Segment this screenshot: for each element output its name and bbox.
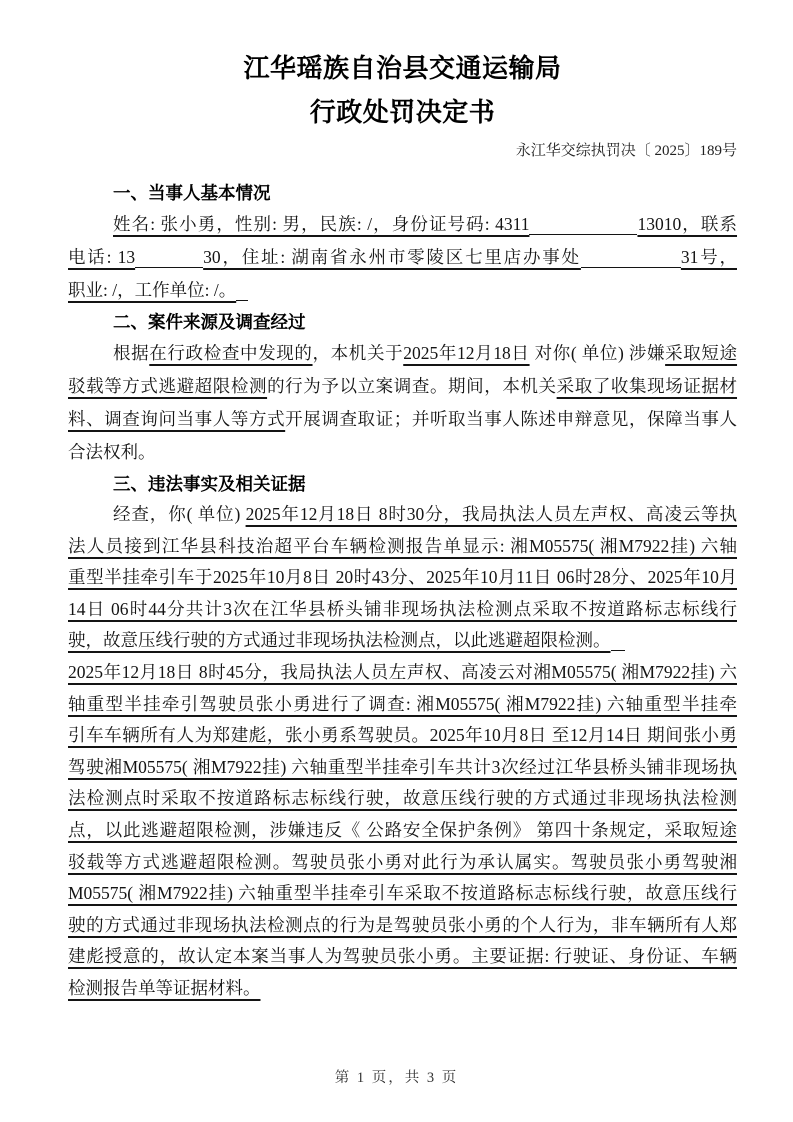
text-line: 轴重型半挂牵引驾驶员张小勇进行了调查: 湘M05575( 湘M7922挂) 六轴… [68, 689, 737, 721]
underlined-text: 驳载等方式逃避超限检测 [68, 376, 267, 396]
underlined-text: 驾驶湘M05575( 湘M7922挂) 六轴重型半挂牵引车共计3次经过江华县桥头… [68, 757, 737, 777]
blank-underline-gap [135, 253, 203, 268]
underlined-text: 职业: /，工作单位: /。 [68, 280, 236, 300]
page-footer: 第 1 页，共 3 页 [0, 1066, 793, 1087]
text-line: 引车车辆所有人为郑建彪，张小勇系驾驶员。2025年10月8日 至12月14日 期… [68, 720, 737, 752]
underlined-text: 13010，联系 [637, 214, 737, 234]
section-heading: 三、违法事实及相关证据 [68, 469, 737, 499]
underlined-text: 采取短途 [665, 343, 737, 363]
text-segment: ，本机关于 [313, 343, 404, 363]
underlined-text: 法人员接到江华县科技治超平台车辆检测报告单显示: 湘M05575( 湘M7922… [68, 536, 737, 556]
section-heading: 一、当事人基本情况 [68, 178, 737, 208]
section-paragraph: 经查，你( 单位) 2025年12月18日 8时30分，我局执法人员左声权、高凌… [68, 499, 737, 1005]
text-line: 驶，故意压线行驶的方式通过非现场执法检测点，以此逃避超限检测。 [68, 625, 737, 657]
text-line: 根据在行政检查中发现的，本机关于2025年12月18日 对你( 单位) 涉嫌采取… [68, 337, 737, 370]
underlined-text: 14日 06时44分共计3次在江华县桥头铺非现场执法检测点采取不按道路标志标线行 [68, 599, 737, 619]
blank-underline-gap [611, 636, 625, 651]
section-paragraph: 根据在行政检查中发现的，本机关于2025年12月18日 对你( 单位) 涉嫌采取… [68, 337, 737, 469]
blank-underline-gap [581, 253, 681, 268]
text-segment: 对你( 单位) 涉嫌 [530, 343, 666, 363]
blank-underline-gap [529, 220, 637, 235]
text-line: 驳载等方式逃避超限检测的行为予以立案调查。期间，本机关采取了收集现场证据材 [68, 370, 737, 403]
underlined-text: 2025年12月18日 8时30分，我局执法人员左声权、高凌云等执 [246, 504, 737, 524]
blank-underline-gap [236, 286, 248, 301]
underlined-text: 轴重型半挂牵引驾驶员张小勇进行了调查: 湘M05575( 湘M7922挂) 六轴… [68, 694, 737, 714]
document-page: 江华瑶族自治县交通运输局 行政处罚决定书 永江华交综执罚决〔 2025〕189号… [0, 0, 793, 1122]
underlined-text: 姓名: 张小勇，性别: 男，民族: /，身份证号码: 4311 [113, 214, 529, 234]
underlined-text: 驶的方式通过非现场执法检测点的行为是驾驶员张小勇的个人行为，非车辆所有人郑 [68, 915, 737, 935]
text-line: 重型半挂牵引车于2025年10月8日 20时43分、2025年10月11日 06… [68, 562, 737, 594]
underlined-text: 电话: 13 [68, 247, 135, 267]
document-title-line2: 行政处罚决定书 [68, 90, 737, 134]
text-line: 职业: /，工作单位: /。 [68, 274, 737, 307]
text-line: 驳载等方式逃避超限检测。驾驶员张小勇对此行为承认属实。驾驶员张小勇驾驶湘 [68, 847, 737, 879]
underlined-text: 检测报告单等证据材料。 [68, 978, 261, 998]
text-line: 经查，你( 单位) 2025年12月18日 8时30分，我局执法人员左声权、高凌… [68, 499, 737, 531]
underlined-text: 2025年12月18日 [403, 343, 529, 363]
underlined-text: 重型半挂牵引车于2025年10月8日 20时43分、2025年10月11日 06… [68, 567, 737, 587]
text-segment: 的行为予以立案调查。期间，本机关 [267, 376, 557, 396]
text-line: 姓名: 张小勇，性别: 男，民族: /，身份证号码: 431113010，联系 [68, 208, 737, 241]
text-line: 合法权利。 [68, 436, 737, 469]
underlined-text: 建彪授意的，故认定本案当事人为驾驶员张小勇。主要证据: 行驶证、身份证、车辆 [68, 946, 737, 966]
section-heading: 二、案件来源及调查经过 [68, 307, 737, 337]
text-line: 点，以此逃避超限检测，涉嫌违反《 公路安全保护条例》 第四十条规定，采取短途 [68, 815, 737, 847]
underlined-text: 驶，故意压线行驶的方式通过非现场执法检测点，以此逃避超限检测。 [68, 630, 611, 650]
text-segment: 合法权利。 [68, 442, 156, 462]
underlined-text: 点，以此逃避超限检测，涉嫌违反《 公路安全保护条例》 第四十条规定，采取短途 [68, 820, 737, 840]
underlined-text: 2025年12月18日 8时45分，我局执法人员左声权、高凌云对湘M05575(… [68, 662, 737, 682]
text-line: 电话: 1330，住址: 湖南省永州市零陵区七里店办事处31号， [68, 241, 737, 274]
text-segment: 开展调查取证；并听取当事人陈述申辩意见，保障当事人 [285, 409, 737, 429]
text-line: 2025年12月18日 8时45分，我局执法人员左声权、高凌云对湘M05575(… [68, 657, 737, 689]
text-line: 14日 06时44分共计3次在江华县桥头铺非现场执法检测点采取不按道路标志标线行 [68, 594, 737, 626]
underlined-text: 法检测点时采取不按道路标志标线行驶，故意压线行驶的方式通过非现场执法检测 [68, 788, 737, 808]
text-segment: 根据 [113, 343, 149, 363]
underlined-text: M05575( 湘M7922挂) 六轴重型半挂牵引车采取不按道路标志标线行驶，故… [68, 883, 737, 903]
underlined-text: 驳载等方式逃避超限检测。驾驶员张小勇对此行为承认属实。驾驶员张小勇驾驶湘 [68, 852, 737, 872]
underlined-text: 采取了收集现场证据材 [557, 376, 737, 396]
text-segment: 经查，你( 单位) [113, 504, 246, 524]
document-title-line1: 江华瑶族自治县交通运输局 [68, 46, 737, 90]
text-line: M05575( 湘M7922挂) 六轴重型半挂牵引车采取不按道路标志标线行驶，故… [68, 878, 737, 910]
text-line: 检测报告单等证据材料。 [68, 973, 737, 1005]
document-number: 永江华交综执罚决〔 2025〕189号 [68, 140, 737, 162]
document-body: 一、当事人基本情况姓名: 张小勇，性别: 男，民族: /，身份证号码: 4311… [68, 178, 737, 1005]
text-line: 驾驶湘M05575( 湘M7922挂) 六轴重型半挂牵引车共计3次经过江华县桥头… [68, 752, 737, 784]
underlined-text: 料、调查询问当事人等方式 [68, 409, 285, 429]
underlined-text: 引车车辆所有人为郑建彪，张小勇系驾驶员。2025年10月8日 至12月14日 期… [68, 725, 737, 745]
text-line: 法检测点时采取不按道路标志标线行驶，故意压线行驶的方式通过非现场执法检测 [68, 783, 737, 815]
underlined-text: 31号， [681, 247, 737, 267]
text-line: 建彪授意的，故认定本案当事人为驾驶员张小勇。主要证据: 行驶证、身份证、车辆 [68, 941, 737, 973]
text-line: 法人员接到江华县科技治超平台车辆检测报告单显示: 湘M05575( 湘M7922… [68, 531, 737, 563]
underlined-text: 在行政检查中发现的 [149, 343, 312, 363]
text-line: 料、调查询问当事人等方式开展调查取证；并听取当事人陈述申辩意见，保障当事人 [68, 403, 737, 436]
text-line: 驶的方式通过非现场执法检测点的行为是驾驶员张小勇的个人行为，非车辆所有人郑 [68, 910, 737, 942]
section-paragraph: 姓名: 张小勇，性别: 男，民族: /，身份证号码: 431113010，联系电… [68, 208, 737, 307]
underlined-text: 30，住址: 湖南省永州市零陵区七里店办事处 [203, 247, 581, 267]
